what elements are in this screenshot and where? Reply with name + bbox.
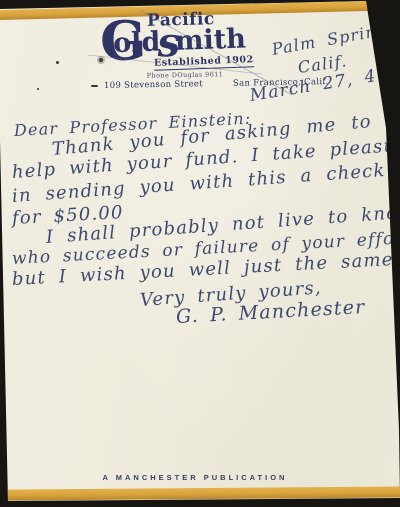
logo-letters-mith: mith xyxy=(174,23,246,56)
logo-letters-old: old xyxy=(113,26,161,59)
paper-speck xyxy=(56,61,59,64)
letterhead-established: Established 1902 xyxy=(154,54,254,70)
letter-sheet: Pacific Goldsmith Established 1902 Phone… xyxy=(0,0,400,507)
letter-photo: Pacific Goldsmith Established 1902 Phone… xyxy=(0,0,400,507)
publication-footer: A MANCHESTER PUBLICATION xyxy=(0,473,390,482)
paper-speck xyxy=(91,85,98,87)
paper-speck xyxy=(99,58,103,62)
gold-edge-bottom xyxy=(0,486,400,500)
paper-speck xyxy=(37,88,39,90)
letterhead-street: 109 Stevenson Street xyxy=(104,79,203,91)
